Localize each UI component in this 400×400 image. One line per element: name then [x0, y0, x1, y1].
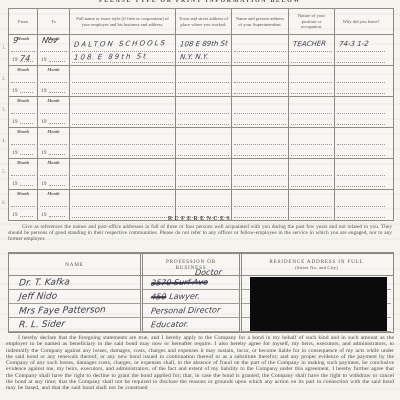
- write-line: [11, 101, 35, 114]
- cell-why-leave: 74-3 1-2: [335, 35, 387, 65]
- write-line: [72, 194, 173, 207]
- cell-employer: [70, 128, 176, 158]
- col-header-town: Town and street address of place where y…: [176, 9, 232, 34]
- write-line: [337, 70, 385, 83]
- row-number: 2.: [2, 77, 6, 82]
- write-line: [72, 70, 173, 83]
- handwritten-profession-text: Lawyer.: [169, 292, 201, 302]
- cell-position: TEACHER: [289, 35, 335, 65]
- employment-history-table: From To Full name or exact style (if fir…: [8, 8, 394, 221]
- cell-town: [176, 159, 232, 189]
- write-line: [40, 163, 67, 176]
- write-line: [11, 163, 35, 176]
- handwritten-employer-address: 108 E 89th St: [74, 53, 149, 61]
- cell-position: [289, 97, 335, 127]
- cell-position: [289, 128, 335, 158]
- write-line: [234, 194, 286, 207]
- cell-from: Month 19: [9, 97, 38, 127]
- ref-cell-name: Mrs Faye Patterson: [9, 304, 143, 318]
- year-prefix: 19: [41, 181, 47, 187]
- year-blank: [20, 179, 34, 186]
- year-line: 19: [41, 115, 66, 125]
- cell-to: Month 19: [38, 66, 70, 96]
- write-line: [337, 145, 385, 156]
- cell-why-leave: [335, 128, 387, 158]
- write-line: [234, 132, 286, 145]
- write-line: [291, 101, 332, 114]
- write-line: [234, 176, 286, 187]
- write-line: [178, 194, 229, 207]
- cell-from: Month 9 19 74: [9, 35, 38, 65]
- write-line: [72, 145, 173, 156]
- year-line: 19: [41, 146, 66, 156]
- ref-cell-profession: Personal Director: [143, 304, 242, 318]
- write-line: [337, 114, 385, 125]
- year-blank: [49, 86, 66, 93]
- write-line: [234, 163, 286, 176]
- write-line: [337, 101, 385, 114]
- col-header-employer: Full name or exact style (if firm or cor…: [70, 9, 176, 34]
- write-line: [234, 145, 286, 156]
- ref-cell-profession: Doctor 3570 Surf Ave: [143, 276, 242, 290]
- ref-cell-profession: 450Lawyer.: [143, 290, 242, 304]
- handwritten-profession: Personal Director: [151, 306, 221, 315]
- write-line: [178, 70, 229, 83]
- write-line: [234, 70, 286, 83]
- cell-from: Month 19: [9, 159, 38, 189]
- handwritten-struck-text: 450: [151, 292, 167, 301]
- write-line: [11, 194, 35, 207]
- handwritten-profession-text: Educator.: [151, 320, 190, 330]
- write-line: [40, 70, 67, 83]
- row-number: 3.: [2, 108, 6, 113]
- year-line: 19: [41, 84, 66, 94]
- cell-to: Month 19: [38, 97, 70, 127]
- row-number: 1.: [2, 46, 6, 51]
- cell-to: Month 19: [38, 128, 70, 158]
- year-prefix: 19: [41, 57, 47, 63]
- references-table: NAME PROFESSION OR BUSINESS RESIDENCE AD…: [8, 252, 394, 333]
- write-line: [291, 145, 332, 156]
- handwritten-profession-text: Personal Director: [151, 305, 221, 315]
- write-line: [11, 132, 35, 145]
- handwritten-reference-name: Jeff Nido: [18, 293, 57, 303]
- write-line: [178, 132, 229, 145]
- cell-town: 108 E 89th St N.Y. N.Y.: [176, 35, 232, 65]
- handwritten-from-year: 74: [20, 55, 31, 62]
- cell-town: [176, 66, 232, 96]
- write-line: [234, 39, 286, 52]
- declaration-paragraph: I hereby declare that the foregoing stat…: [6, 335, 394, 392]
- year-blank: [20, 117, 34, 124]
- year-line: 19: [41, 53, 66, 63]
- write-line: [291, 83, 332, 94]
- year-line: 19: [12, 115, 34, 125]
- cell-employer: [70, 159, 176, 189]
- row-number: 4.: [2, 139, 6, 144]
- year-blank: [20, 86, 34, 93]
- write-line: [234, 52, 286, 63]
- ref-name-label: NAME: [65, 262, 83, 268]
- employment-table-header: From To Full name or exact style (if fir…: [9, 9, 393, 35]
- col-header-superintendent: Name and present address of your Superin…: [232, 9, 289, 34]
- cell-why-leave: [335, 159, 387, 189]
- write-line: [178, 145, 229, 156]
- year-line: 19: [12, 146, 34, 156]
- employment-row: 5. Month 19 Month: [9, 159, 393, 190]
- cell-why-leave: [335, 66, 387, 96]
- year-prefix: 19: [12, 57, 18, 63]
- col-header-to: To: [38, 9, 70, 34]
- ref-residence-sublabel: (Street No. and City): [295, 265, 338, 271]
- year-blank: [49, 117, 66, 124]
- redaction-black-box: [250, 277, 387, 331]
- handwritten-why-left: 74-3 1-2: [339, 41, 369, 49]
- handwritten-from-month: 9: [13, 37, 19, 44]
- write-line: [178, 176, 229, 187]
- handwritten-profession: 450Lawyer.: [151, 293, 201, 302]
- employment-rows: 1. Month 9 19 74 Month N: [9, 35, 393, 220]
- year-line: 19: [12, 84, 34, 94]
- year-prefix: 19: [41, 88, 47, 94]
- ref-cell-name: Jeff Nido: [9, 290, 143, 304]
- cell-superintendent: [232, 159, 289, 189]
- references-instructions: Give as references the names and post-of…: [8, 224, 392, 242]
- year-line: 19: [41, 177, 66, 187]
- year-blank: [49, 148, 66, 155]
- ref-cell-profession: Educator.: [143, 318, 242, 332]
- year-prefix: 19: [41, 150, 47, 156]
- year-prefix: 19: [12, 150, 18, 156]
- year-blank: [49, 179, 66, 186]
- year-prefix: 19: [12, 119, 18, 125]
- col-header-why-leave: Why did you leave?: [335, 9, 387, 34]
- employment-row: 2. Month 19 Month: [9, 66, 393, 97]
- write-line: [291, 70, 332, 83]
- row-number: 5.: [2, 170, 6, 175]
- employment-row: 4. Month 19 Month: [9, 128, 393, 159]
- handwritten-profession-text: [210, 277, 211, 286]
- write-line: [178, 83, 229, 94]
- handwritten-reference-name: Dr. T. Kafka: [18, 279, 70, 289]
- write-line: [291, 114, 332, 125]
- write-line: [337, 194, 385, 207]
- year-blank: [20, 148, 34, 155]
- cell-employer: [70, 97, 176, 127]
- write-line: [40, 101, 67, 114]
- write-line: [291, 132, 332, 145]
- handwritten-profession: Educator.: [151, 321, 190, 330]
- write-line: [178, 163, 229, 176]
- handwritten-profession: 3570 Surf Ave: [151, 278, 212, 287]
- employment-row: 1. Month 9 19 74 Month N: [9, 35, 393, 66]
- col-header-position: Nature of your position or occupation.: [289, 9, 335, 34]
- write-line: [72, 163, 173, 176]
- write-line: [291, 52, 332, 63]
- cell-why-leave: [335, 97, 387, 127]
- write-line: [11, 70, 35, 83]
- cell-town: [176, 128, 232, 158]
- handwritten-town-city: N.Y. N.Y.: [180, 54, 209, 61]
- employment-row: 3. Month 19 Month: [9, 97, 393, 128]
- year-line: 19: [12, 177, 34, 187]
- write-line: [40, 132, 67, 145]
- row-number: 6.: [2, 201, 6, 206]
- handwritten-town-street: 108 E 89th St: [180, 41, 229, 49]
- write-line: [337, 132, 385, 145]
- write-line: [40, 194, 67, 207]
- write-line: [72, 176, 173, 187]
- write-line: [337, 83, 385, 94]
- write-line: [72, 101, 173, 114]
- write-line: [234, 101, 286, 114]
- cell-to: Month 19: [38, 159, 70, 189]
- write-line: [337, 52, 385, 63]
- handwritten-profession-correction: Doctor: [195, 269, 223, 276]
- year-blank: [49, 55, 66, 62]
- cell-position: [289, 66, 335, 96]
- write-line: [337, 163, 385, 176]
- write-line: [72, 83, 173, 94]
- form-instruction-header: PLEASE TYPE OR PRINT INFORMATION BELOW: [0, 0, 400, 4]
- handwritten-to-month: Nov: [42, 37, 58, 44]
- cell-from: Month 19: [9, 128, 38, 158]
- handwritten-reference-name: Mrs Faye Patterson: [18, 306, 106, 317]
- handwritten-reference-name: R. L. Sider: [18, 321, 65, 331]
- write-line: [72, 114, 173, 125]
- handwritten-struck-text: 3570 Surf Ave: [151, 278, 209, 288]
- write-line: [72, 132, 173, 145]
- cell-superintendent: [232, 128, 289, 158]
- ref-cell-name: R. L. Sider: [9, 318, 143, 332]
- write-line: [234, 114, 286, 125]
- write-line: [178, 114, 229, 125]
- col-header-from: From: [9, 9, 38, 34]
- ref-col-header-profession: PROFESSION OR BUSINESS: [143, 254, 242, 275]
- year-prefix: 19: [41, 119, 47, 125]
- ref-col-header-name: NAME: [9, 254, 143, 275]
- write-line: [178, 101, 229, 114]
- scanned-bond-application-form: PLEASE TYPE OR PRINT INFORMATION BELOW F…: [0, 0, 400, 400]
- cell-employer: [70, 66, 176, 96]
- write-line: [337, 176, 385, 187]
- write-line: [234, 83, 286, 94]
- year-prefix: 19: [12, 88, 18, 94]
- write-line: [291, 163, 332, 176]
- year-prefix: 19: [12, 181, 18, 187]
- cell-to: Month Nov 19: [38, 35, 70, 65]
- cell-employer: DALTON SCHOOLS 108 E 89th St: [70, 35, 176, 65]
- write-line: [291, 194, 332, 207]
- cell-superintendent: [232, 97, 289, 127]
- cell-from: Month 19: [9, 66, 38, 96]
- ref-col-header-residence: RESIDENCE ADDRESS IN FULL (Street No. an…: [242, 254, 391, 275]
- cell-town: [176, 97, 232, 127]
- cell-position: [289, 159, 335, 189]
- references-heading: REFERENCES: [0, 216, 400, 222]
- handwritten-position: TEACHER: [293, 41, 327, 49]
- cell-superintendent: [232, 35, 289, 65]
- ref-cell-name: Dr. T. Kafka: [9, 276, 143, 290]
- cell-superintendent: [232, 66, 289, 96]
- write-line: [291, 176, 332, 187]
